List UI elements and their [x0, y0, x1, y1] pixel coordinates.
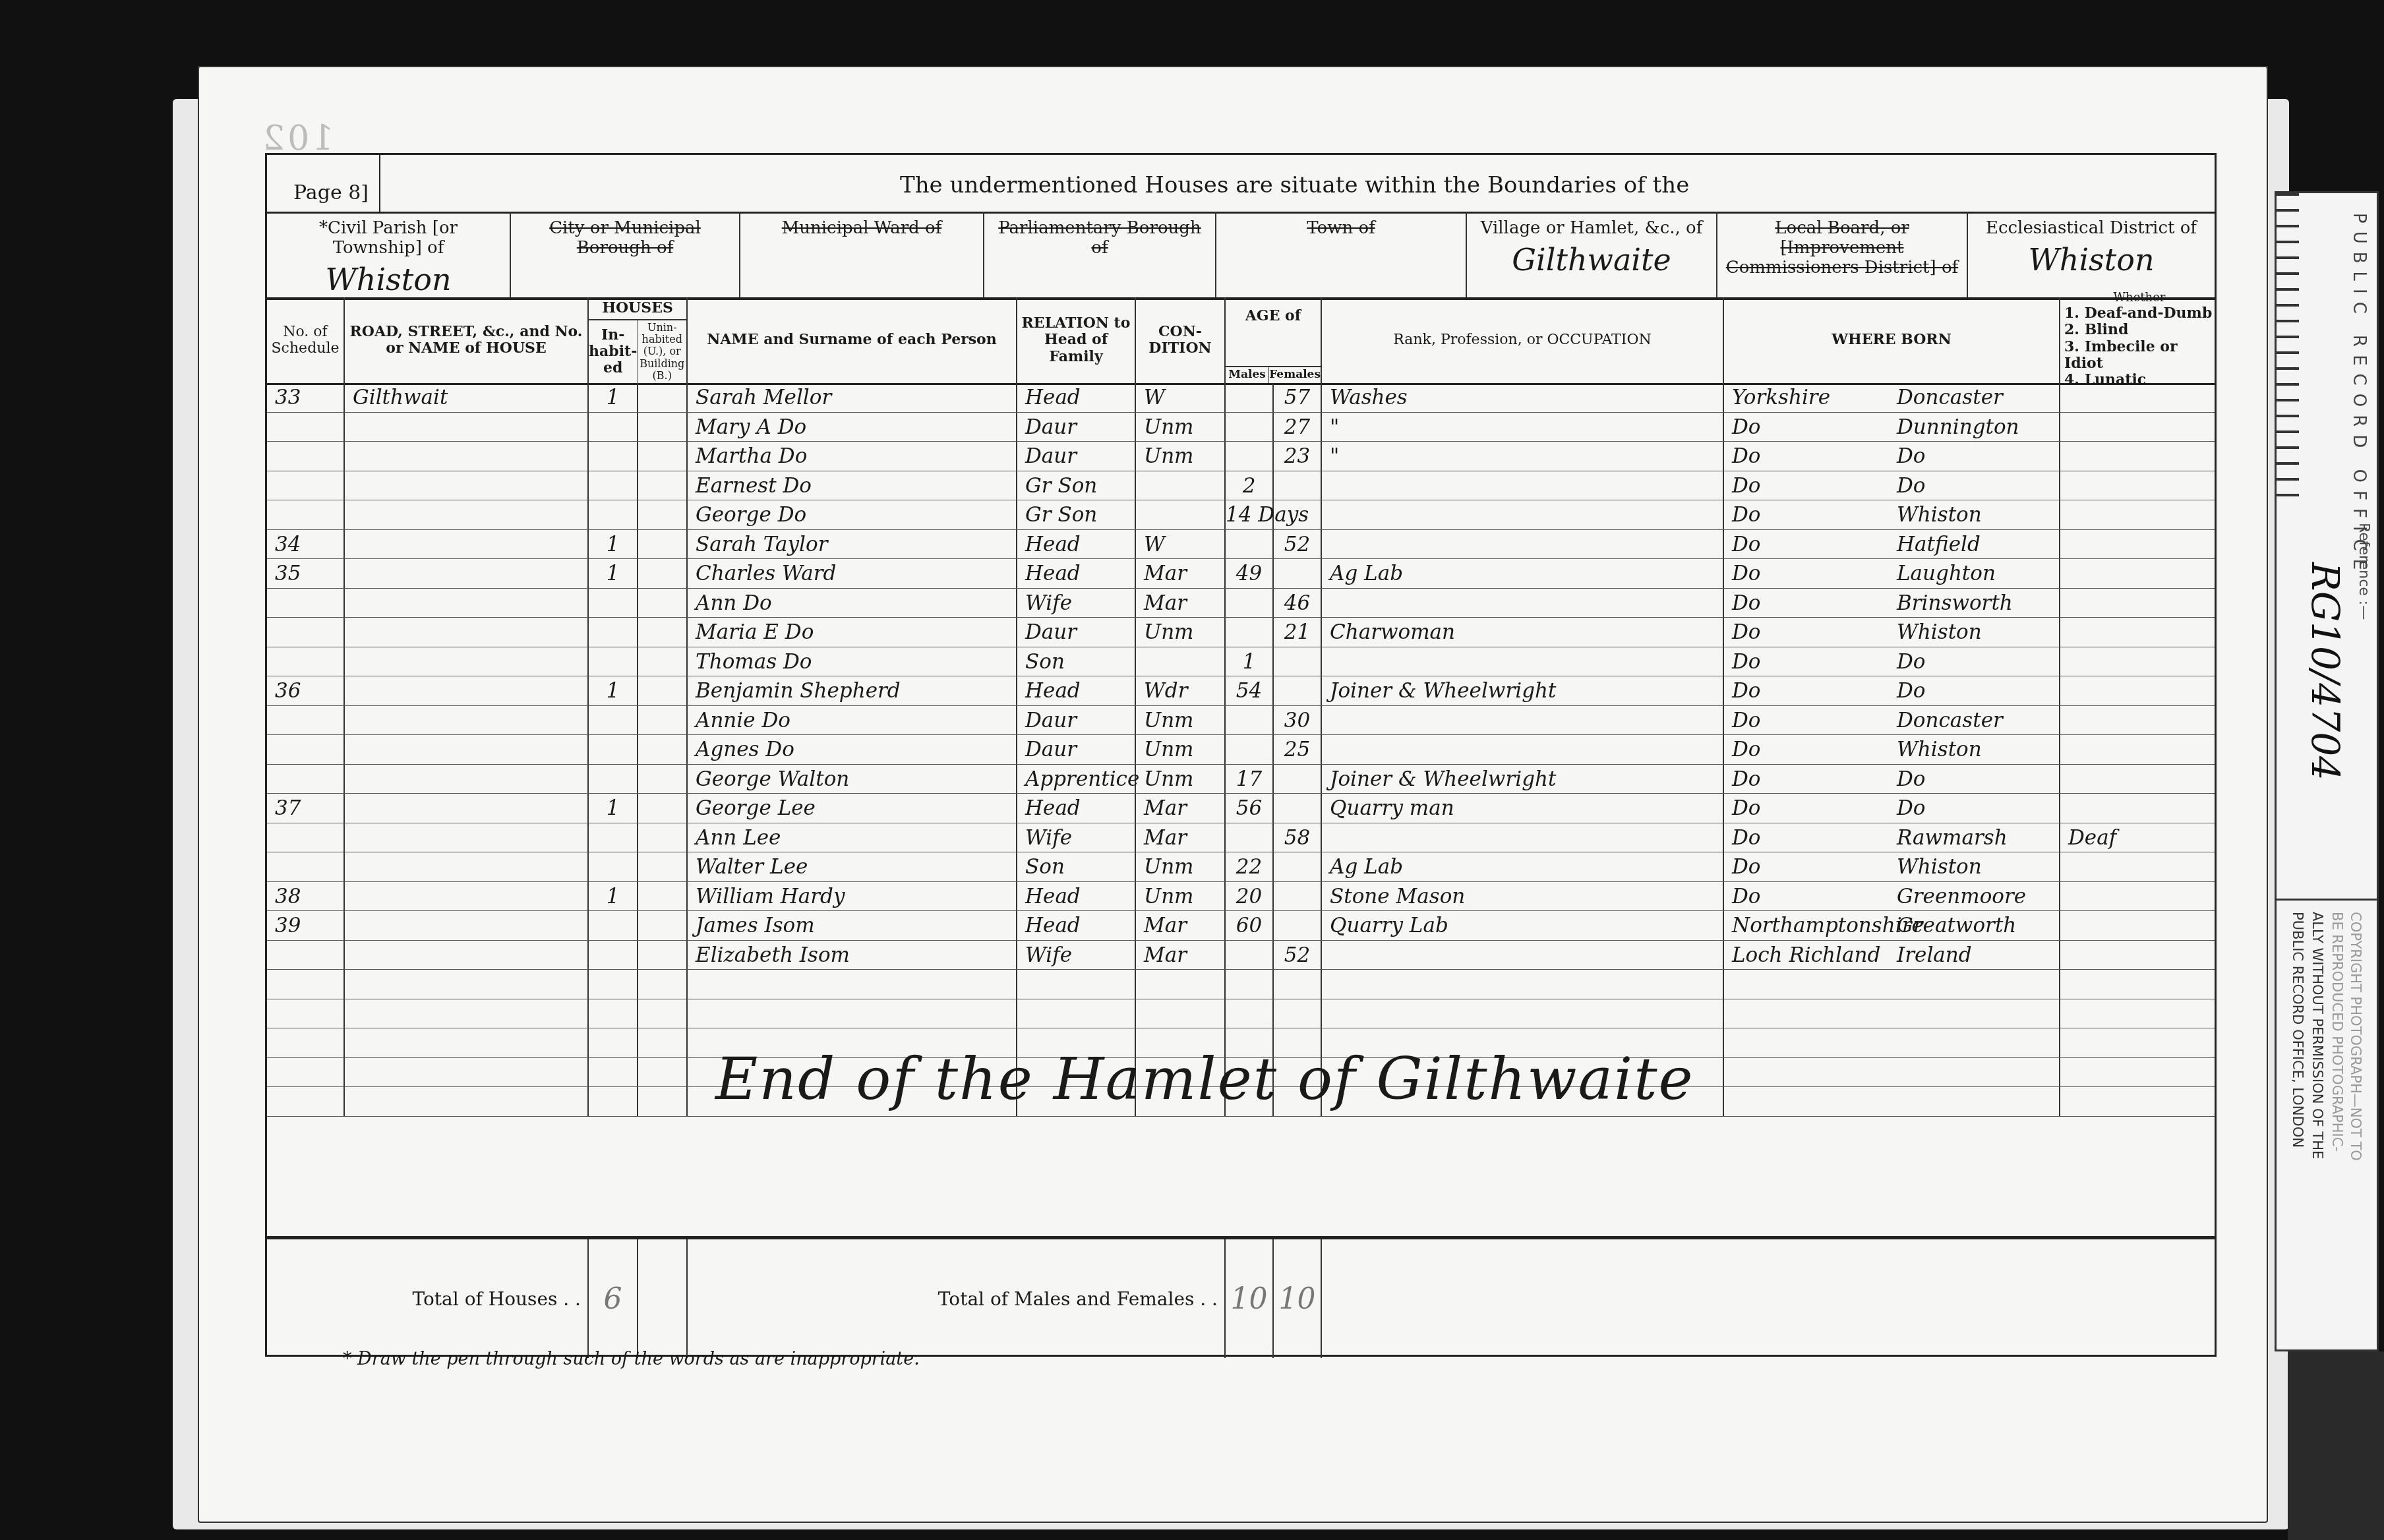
footnote: * Draw the pen through such of the words… [343, 1349, 920, 1369]
boundary-municipal-borough: City or Municipal Borough of [511, 212, 740, 297]
born-place: Hatfield [1889, 530, 2060, 559]
condition: Unm [1136, 765, 1226, 794]
person-name: Annie Do [688, 706, 1017, 735]
born-place: Whiston [1889, 500, 2060, 529]
boundaries-row: *Civil Parish [or Township] ofWhiston Ci… [267, 212, 2215, 300]
born-place: Do [1889, 442, 2060, 471]
born-county: Do [1724, 647, 1889, 676]
road-name [345, 794, 589, 823]
table-row: Annie DoDaurUnm30DoDoncaster [267, 706, 2215, 736]
table-row: Walter LeeSonUnm22Ag LabDoWhiston [267, 852, 2215, 882]
inhabited-count [589, 1028, 638, 1057]
condition: W [1136, 530, 1226, 559]
inhabited-count [589, 413, 638, 442]
road-name [345, 500, 589, 529]
inhabited-count: 1 [589, 882, 638, 911]
female-age: 23 [1274, 442, 1322, 471]
born-county: Do [1724, 823, 1889, 852]
person-name: Charles Ward [688, 559, 1017, 588]
header-where-born: WHERE BORN [1724, 297, 2060, 383]
uninhabited-mark [638, 1028, 688, 1057]
female-age: 30 [1274, 706, 1322, 735]
inhabited-count [589, 852, 638, 881]
condition [1136, 471, 1226, 500]
person-name: William Hardy [688, 882, 1017, 911]
occupation [1322, 970, 1724, 999]
condition: Unm [1136, 413, 1226, 442]
born-county [1724, 999, 1889, 1028]
born-county [1724, 1058, 1889, 1087]
person-name: James Isom [688, 911, 1017, 940]
boundary-civil-parish: *Civil Parish [or Township] ofWhiston [267, 212, 511, 297]
born-county: Do [1724, 618, 1889, 647]
uninhabited-mark [638, 413, 688, 442]
uninhabited-mark [638, 999, 688, 1028]
inhabited-count [589, 1058, 638, 1087]
table-row: Maria E DoDaurUnm21CharwomanDoWhiston [267, 618, 2215, 647]
occupation [1322, 999, 1724, 1028]
road-name [345, 1028, 589, 1057]
road-name [345, 413, 589, 442]
table-row: Martha DoDaurUnm23"DoDo [267, 442, 2215, 471]
road-name [345, 706, 589, 735]
header-name: NAME and Surname of each Person [688, 297, 1017, 383]
road-name [345, 852, 589, 881]
born-place [1889, 999, 2060, 1028]
schedule-no [267, 1087, 345, 1116]
inhabited-count [589, 618, 638, 647]
road-name [345, 911, 589, 940]
road-name [345, 471, 589, 500]
occupation: Joiner & Wheelwright [1322, 765, 1724, 794]
male-age [1226, 589, 1274, 618]
born-county [1724, 1087, 1889, 1116]
schedule-no [267, 706, 345, 735]
road-name [345, 823, 589, 852]
inhabited-count [589, 823, 638, 852]
male-age [1226, 442, 1274, 471]
relation: Head [1017, 794, 1136, 823]
header-houses: HOUSES In-habit-ed Unin-habited (U.), or… [589, 297, 688, 383]
infirmity [2060, 765, 2215, 794]
person-name: Ann Do [688, 589, 1017, 618]
infirmity [2060, 794, 2215, 823]
scan-edge [2288, 1351, 2384, 1540]
infirmity [2060, 1087, 2215, 1116]
female-age: 52 [1274, 530, 1322, 559]
person-name: Sarah Taylor [688, 530, 1017, 559]
boundary-town: Town of [1216, 212, 1467, 297]
condition: Unm [1136, 882, 1226, 911]
schedule-no: 37 [267, 794, 345, 823]
schedule-no [267, 970, 345, 999]
born-place: Rawmarsh [1889, 823, 2060, 852]
uninhabited-mark [638, 706, 688, 735]
condition [1136, 970, 1226, 999]
infirmity [2060, 589, 2215, 618]
road-name [345, 530, 589, 559]
born-place [1889, 1058, 2060, 1087]
female-age [1274, 852, 1322, 881]
uninhabited-mark [638, 735, 688, 764]
road-name [345, 1087, 589, 1116]
total-males-value: 10 [1226, 1239, 1274, 1358]
table-row: George WaltonApprenticeUnm17Joiner & Whe… [267, 765, 2215, 794]
relation: Head [1017, 911, 1136, 940]
male-age [1226, 413, 1274, 442]
person-name: Thomas Do [688, 647, 1017, 676]
ruler-ticks [2277, 193, 2299, 503]
born-place: Do [1889, 647, 2060, 676]
born-place: Do [1889, 765, 2060, 794]
born-place: Do [1889, 794, 2060, 823]
table-row: 381William HardyHeadUnm20Stone MasonDoGr… [267, 882, 2215, 912]
inhabited-count: 1 [589, 383, 638, 412]
table-row: 371George LeeHeadMar56Quarry manDoDo [267, 794, 2215, 823]
female-age: 57 [1274, 383, 1322, 412]
person-name: Mary A Do [688, 413, 1017, 442]
occupation [1322, 530, 1724, 559]
infirmity [2060, 676, 2215, 705]
schedule-no [267, 999, 345, 1028]
occupation [1322, 471, 1724, 500]
relation: Head [1017, 383, 1136, 412]
born-county [1724, 1028, 1889, 1057]
occupation: Ag Lab [1322, 559, 1724, 588]
female-age [1274, 794, 1322, 823]
female-age [1274, 970, 1322, 999]
born-place: Whiston [1889, 735, 2060, 764]
reference-label: Reference :— [2356, 523, 2372, 620]
totals-row: Total of Houses . . 6 Total of Males and… [267, 1236, 2215, 1358]
census-rows: 33Gilthwait1Sarah MellorHeadW57WashesYor… [267, 383, 2215, 1117]
schedule-no: 38 [267, 882, 345, 911]
person-name: Earnest Do [688, 471, 1017, 500]
uninhabited-mark [638, 1087, 688, 1116]
uninhabited-mark [638, 471, 688, 500]
relation: Head [1017, 676, 1136, 705]
column-headers: No. of Schedule ROAD, STREET, &c., and N… [267, 297, 2215, 385]
occupation [1322, 941, 1724, 970]
table-row: Thomas DoSon1DoDo [267, 647, 2215, 677]
table-row [267, 970, 2215, 999]
uninhabited-mark [638, 882, 688, 911]
female-age: 21 [1274, 618, 1322, 647]
infirmity [2060, 706, 2215, 735]
schedule-no [267, 413, 345, 442]
relation [1017, 970, 1136, 999]
condition: Unm [1136, 442, 1226, 471]
uninhabited-mark [638, 530, 688, 559]
uninhabited-mark [638, 647, 688, 676]
condition: Mar [1136, 794, 1226, 823]
relation: Wife [1017, 823, 1136, 852]
inhabited-count [589, 647, 638, 676]
relation: Gr Son [1017, 500, 1136, 529]
relation: Wife [1017, 589, 1136, 618]
infirmity [2060, 970, 2215, 999]
born-county: Do [1724, 852, 1889, 881]
infirmity [2060, 618, 2215, 647]
female-age [1274, 882, 1322, 911]
end-of-hamlet-note: End of the Hamlet of Gilthwaite [715, 1045, 1694, 1113]
occupation: Stone Mason [1322, 882, 1724, 911]
condition: Unm [1136, 852, 1226, 881]
copyright-line-3: ALLY WITHOUT PERMISSION OF THE [2309, 912, 2325, 1159]
person-name: George Do [688, 500, 1017, 529]
condition [1136, 999, 1226, 1028]
schedule-no [267, 500, 345, 529]
male-age [1226, 530, 1274, 559]
condition: Mar [1136, 589, 1226, 618]
table-row: George DoGr Son14 DaysDoWhiston [267, 500, 2215, 530]
female-age: 52 [1274, 941, 1322, 970]
female-age [1274, 647, 1322, 676]
occupation: Charwoman [1322, 618, 1724, 647]
person-name: Benjamin Shepherd [688, 676, 1017, 705]
person-name [688, 999, 1017, 1028]
copyright-line-2: BE REPRODUCED PHOTOGRAPHIC- [2329, 912, 2345, 1152]
road-name [345, 999, 589, 1028]
uninhabited-mark [638, 970, 688, 999]
road-name [345, 559, 589, 588]
relation: Wife [1017, 941, 1136, 970]
male-age [1226, 999, 1274, 1028]
road-name [345, 735, 589, 764]
table-row: Earnest DoGr Son2DoDo [267, 471, 2215, 501]
header-age: AGE of MalesFemales [1226, 297, 1322, 383]
uninhabited-mark [638, 442, 688, 471]
copyright-line-4: PUBLIC RECORD OFFICE, LONDON [2290, 912, 2306, 1148]
person-name: Sarah Mellor [688, 383, 1017, 412]
schedule-no [267, 1028, 345, 1057]
infirmity [2060, 500, 2215, 529]
table-row [267, 999, 2215, 1029]
condition: Unm [1136, 735, 1226, 764]
relation: Daur [1017, 706, 1136, 735]
female-age: 46 [1274, 589, 1322, 618]
born-county: Northamptonshire [1724, 911, 1889, 940]
female-age [1274, 500, 1322, 529]
infirmity [2060, 1058, 2215, 1087]
schedule-no [267, 589, 345, 618]
inhabited-count [589, 735, 638, 764]
header-relation: RELATION to Head of Family [1017, 297, 1136, 383]
uninhabited-mark [638, 941, 688, 970]
inhabited-count: 1 [589, 794, 638, 823]
reference-value: RG10/4704 [2303, 562, 2348, 781]
female-age [1274, 676, 1322, 705]
born-county: Do [1724, 882, 1889, 911]
male-age [1226, 941, 1274, 970]
relation: Apprentice [1017, 765, 1136, 794]
header-males: Males [1226, 367, 1269, 383]
header-inhabited: In-habit-ed [589, 320, 638, 383]
uninhabited-mark [638, 1058, 688, 1087]
relation: Daur [1017, 413, 1136, 442]
schedule-no: 36 [267, 676, 345, 705]
female-age: 25 [1274, 735, 1322, 764]
occupation: " [1322, 413, 1724, 442]
form-header: Page 8] The undermentioned Houses are si… [267, 155, 2215, 214]
condition: Wdr [1136, 676, 1226, 705]
schedule-no [267, 442, 345, 471]
person-name: Agnes Do [688, 735, 1017, 764]
boundary-hamlet: Village or Hamlet, &c., ofGilthwaite [1467, 212, 1717, 297]
road-name [345, 442, 589, 471]
schedule-no [267, 823, 345, 852]
page-ghost-number: 102 [260, 119, 334, 158]
boundary-parliamentary-borough: Parliamentary Borough of [984, 212, 1216, 297]
born-county [1724, 970, 1889, 999]
infirmity [2060, 413, 2215, 442]
inhabited-count [589, 765, 638, 794]
inhabited-count [589, 970, 638, 999]
infirmity [2060, 1028, 2215, 1057]
male-age: 49 [1226, 559, 1274, 588]
occupation: Joiner & Wheelwright [1322, 676, 1724, 705]
born-place: Do [1889, 676, 2060, 705]
born-county: Do [1724, 765, 1889, 794]
occupation: Washes [1322, 383, 1724, 412]
table-row: Mary A DoDaurUnm27"DoDunnington [267, 413, 2215, 442]
table-row: 351Charles WardHeadMar49Ag LabDoLaughton [267, 559, 2215, 589]
header-condition: CON-DITION [1136, 297, 1226, 383]
male-age: 1 [1226, 647, 1274, 676]
condition [1136, 647, 1226, 676]
condition: Mar [1136, 823, 1226, 852]
relation: Daur [1017, 618, 1136, 647]
boundary-municipal-ward: Municipal Ward of [740, 212, 984, 297]
header-females: Females [1269, 367, 1321, 383]
occupation: " [1322, 442, 1724, 471]
inhabited-count: 1 [589, 559, 638, 588]
uninhabited-mark [638, 765, 688, 794]
uninhabited-mark [638, 852, 688, 881]
relation [1017, 999, 1136, 1028]
male-age: 56 [1226, 794, 1274, 823]
born-place [1889, 970, 2060, 999]
table-row: 33Gilthwait1Sarah MellorHeadW57WashesYor… [267, 383, 2215, 413]
relation: Son [1017, 852, 1136, 881]
schedule-no: 33 [267, 383, 345, 412]
born-place [1889, 1087, 2060, 1116]
born-county: Loch Richland [1724, 941, 1889, 970]
occupation [1322, 589, 1724, 618]
table-row: Ann DoWifeMar46DoBrinsworth [267, 589, 2215, 618]
road-name: Gilthwait [345, 383, 589, 412]
uninhabited-mark [638, 589, 688, 618]
header-schedule: No. of Schedule [267, 297, 345, 383]
table-row: Ann LeeWifeMar58DoRawmarshDeaf [267, 823, 2215, 853]
schedule-no [267, 941, 345, 970]
uninhabited-mark [638, 383, 688, 412]
person-name: George Walton [688, 765, 1017, 794]
uninhabited-mark [638, 823, 688, 852]
born-place: Whiston [1889, 852, 2060, 881]
road-name [345, 882, 589, 911]
table-row: 361Benjamin ShepherdHeadWdr54Joiner & Wh… [267, 676, 2215, 706]
female-age [1274, 559, 1322, 588]
inhabited-count [589, 442, 638, 471]
archive-ruler-strip: PUBLIC RECORD OFFICE Reference :— RG10/4… [2275, 191, 2379, 1351]
male-age [1226, 618, 1274, 647]
schedule-no [267, 618, 345, 647]
schedule-no [267, 1058, 345, 1087]
person-name [688, 970, 1017, 999]
inhabited-count [589, 471, 638, 500]
infirmity [2060, 999, 2215, 1028]
born-county: Do [1724, 559, 1889, 588]
born-place: Do [1889, 471, 2060, 500]
infirmity [2060, 882, 2215, 911]
schedule-no: 35 [267, 559, 345, 588]
occupation: Ag Lab [1322, 852, 1724, 881]
born-place: Dunnington [1889, 413, 2060, 442]
male-age: 14 Days [1226, 500, 1274, 529]
occupation [1322, 735, 1724, 764]
road-name [345, 589, 589, 618]
male-age: 22 [1226, 852, 1274, 881]
road-name [345, 647, 589, 676]
infirmity [2060, 647, 2215, 676]
female-age [1274, 911, 1322, 940]
relation: Head [1017, 530, 1136, 559]
schedule-no: 34 [267, 530, 345, 559]
table-row: Elizabeth IsomWifeMar52Loch RichlandIrel… [267, 941, 2215, 970]
female-age: 27 [1274, 413, 1322, 442]
female-age [1274, 765, 1322, 794]
inhabited-count [589, 589, 638, 618]
road-name [345, 618, 589, 647]
road-name [345, 676, 589, 705]
male-age: 17 [1226, 765, 1274, 794]
condition: Mar [1136, 559, 1226, 588]
road-name [345, 941, 589, 970]
schedule-no [267, 735, 345, 764]
boundary-ecclesiastical-district: Ecclesiastical District ofWhiston [1968, 212, 2215, 297]
condition: W [1136, 383, 1226, 412]
relation: Head [1017, 882, 1136, 911]
infirmity: Deaf [2060, 823, 2215, 852]
person-name: Walter Lee [688, 852, 1017, 881]
uninhabited-mark [638, 911, 688, 940]
male-age: 2 [1226, 471, 1274, 500]
male-age: 54 [1226, 676, 1274, 705]
road-name [345, 1058, 589, 1087]
male-age: 60 [1226, 911, 1274, 940]
road-name [345, 970, 589, 999]
total-females-value: 10 [1274, 1239, 1322, 1358]
occupation [1322, 647, 1724, 676]
condition: Mar [1136, 911, 1226, 940]
inhabited-count: 1 [589, 530, 638, 559]
inhabited-count [589, 999, 638, 1028]
male-age [1226, 383, 1274, 412]
infirmity [2060, 559, 2215, 588]
boundaries-banner: The undermentioned Houses are situate wi… [900, 172, 1689, 198]
table-row: 39James IsomHeadMar60Quarry LabNorthampt… [267, 911, 2215, 941]
schedule-no [267, 765, 345, 794]
header-uninhabited: Unin-habited (U.), or Building (B.) [638, 320, 687, 383]
infirmity [2060, 852, 2215, 881]
female-age: 58 [1274, 823, 1322, 852]
born-place: Ireland [1889, 941, 2060, 970]
infirmity [2060, 471, 2215, 500]
born-county: Do [1724, 442, 1889, 471]
uninhabited-mark [638, 559, 688, 588]
condition [1136, 500, 1226, 529]
